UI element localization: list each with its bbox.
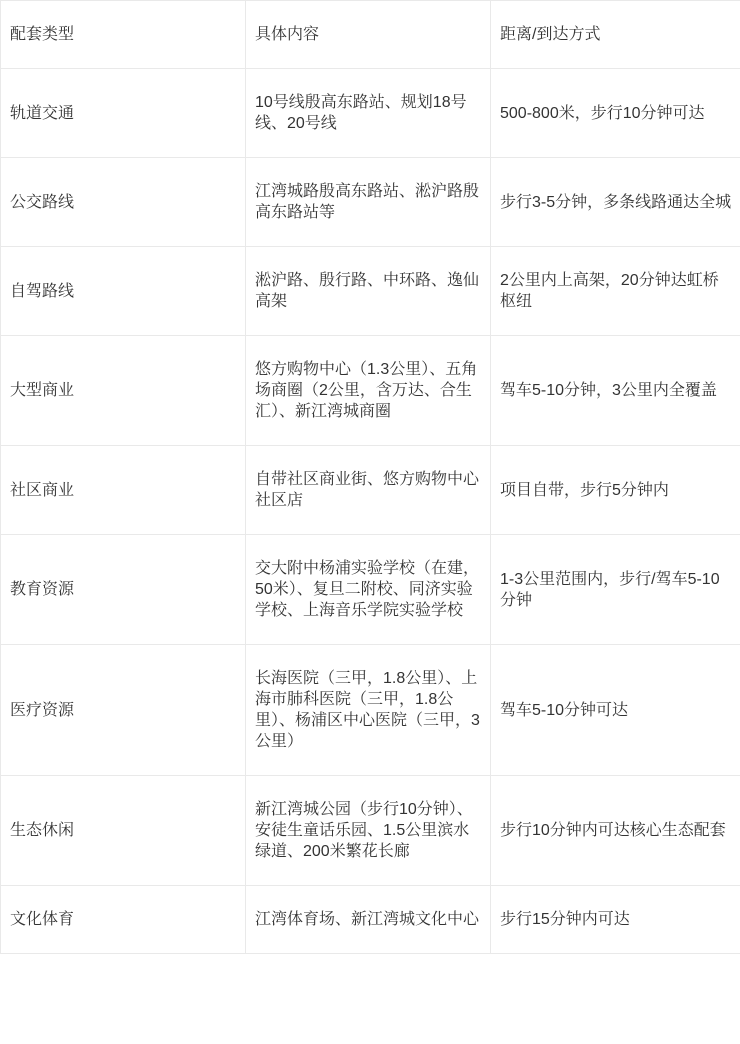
table-row: 教育资源交大附中杨浦实验学校（在建，50米）、复旦二附校、同济实验学校、上海音乐… xyxy=(1,535,740,645)
cell-details: 交大附中杨浦实验学校（在建，50米）、复旦二附校、同济实验学校、上海音乐学院实验… xyxy=(246,535,491,645)
cell-distance: 2公里内上高架，20分钟达虹桥枢纽 xyxy=(491,247,740,336)
cell-details: 淞沪路、殷行路、中环路、逸仙高架 xyxy=(246,247,491,336)
cell-distance: 步行10分钟内可达核心生态配套 xyxy=(491,776,740,886)
header-category: 配套类型 xyxy=(1,1,246,69)
cell-category: 公交路线 xyxy=(1,158,246,247)
cell-category: 医疗资源 xyxy=(1,645,246,776)
cell-details: 新江湾城公园（步行10分钟）、安徒生童话乐园、1.5公里滨水绿道、200米繁花长… xyxy=(246,776,491,886)
table-row: 大型商业悠方购物中心（1.3公里）、五角场商圈（2公里，含万达、合生汇）、新江湾… xyxy=(1,336,740,446)
table-row: 文化体育江湾体育场、新江湾城文化中心步行15分钟内可达 xyxy=(1,886,740,954)
cell-distance: 步行15分钟内可达 xyxy=(491,886,740,954)
cell-details: 长海医院（三甲，1.8公里）、上海市肺科医院（三甲，1.8公里）、杨浦区中心医院… xyxy=(246,645,491,776)
table-row: 轨道交通10号线殷高东路站、规划18号线、20号线500-800米，步行10分钟… xyxy=(1,69,740,158)
header-row: 配套类型 具体内容 距离/到达方式 xyxy=(1,1,740,69)
cell-distance: 项目自带，步行5分钟内 xyxy=(491,446,740,535)
cell-distance: 驾车5-10分钟，3公里内全覆盖 xyxy=(491,336,740,446)
cell-category: 文化体育 xyxy=(1,886,246,954)
cell-details: 10号线殷高东路站、规划18号线、20号线 xyxy=(246,69,491,158)
table-row: 社区商业自带社区商业街、悠方购物中心社区店项目自带，步行5分钟内 xyxy=(1,446,740,535)
cell-category: 自驾路线 xyxy=(1,247,246,336)
table-body: 轨道交通10号线殷高东路站、规划18号线、20号线500-800米，步行10分钟… xyxy=(1,69,740,954)
cell-details: 自带社区商业街、悠方购物中心社区店 xyxy=(246,446,491,535)
table-row: 自驾路线淞沪路、殷行路、中环路、逸仙高架2公里内上高架，20分钟达虹桥枢纽 xyxy=(1,247,740,336)
cell-category: 社区商业 xyxy=(1,446,246,535)
cell-distance: 500-800米，步行10分钟可达 xyxy=(491,69,740,158)
table-row: 公交路线江湾城路殷高东路站、淞沪路殷高东路站等步行3-5分钟，多条线路通达全城 xyxy=(1,158,740,247)
table-row: 医疗资源长海医院（三甲，1.8公里）、上海市肺科医院（三甲，1.8公里）、杨浦区… xyxy=(1,645,740,776)
header-details: 具体内容 xyxy=(246,1,491,69)
cell-distance: 驾车5-10分钟可达 xyxy=(491,645,740,776)
cell-details: 江湾城路殷高东路站、淞沪路殷高东路站等 xyxy=(246,158,491,247)
cell-distance: 1-3公里范围内，步行/驾车5-10分钟 xyxy=(491,535,740,645)
cell-category: 轨道交通 xyxy=(1,69,246,158)
header-distance: 距离/到达方式 xyxy=(491,1,740,69)
cell-details: 江湾体育场、新江湾城文化中心 xyxy=(246,886,491,954)
cell-distance: 步行3-5分钟，多条线路通达全城 xyxy=(491,158,740,247)
cell-details: 悠方购物中心（1.3公里）、五角场商圈（2公里，含万达、合生汇）、新江湾城商圈 xyxy=(246,336,491,446)
amenities-table: 配套类型 具体内容 距离/到达方式 轨道交通10号线殷高东路站、规划18号线、2… xyxy=(0,0,740,954)
cell-category: 生态休闲 xyxy=(1,776,246,886)
table-row: 生态休闲新江湾城公园（步行10分钟）、安徒生童话乐园、1.5公里滨水绿道、200… xyxy=(1,776,740,886)
cell-category: 大型商业 xyxy=(1,336,246,446)
cell-category: 教育资源 xyxy=(1,535,246,645)
